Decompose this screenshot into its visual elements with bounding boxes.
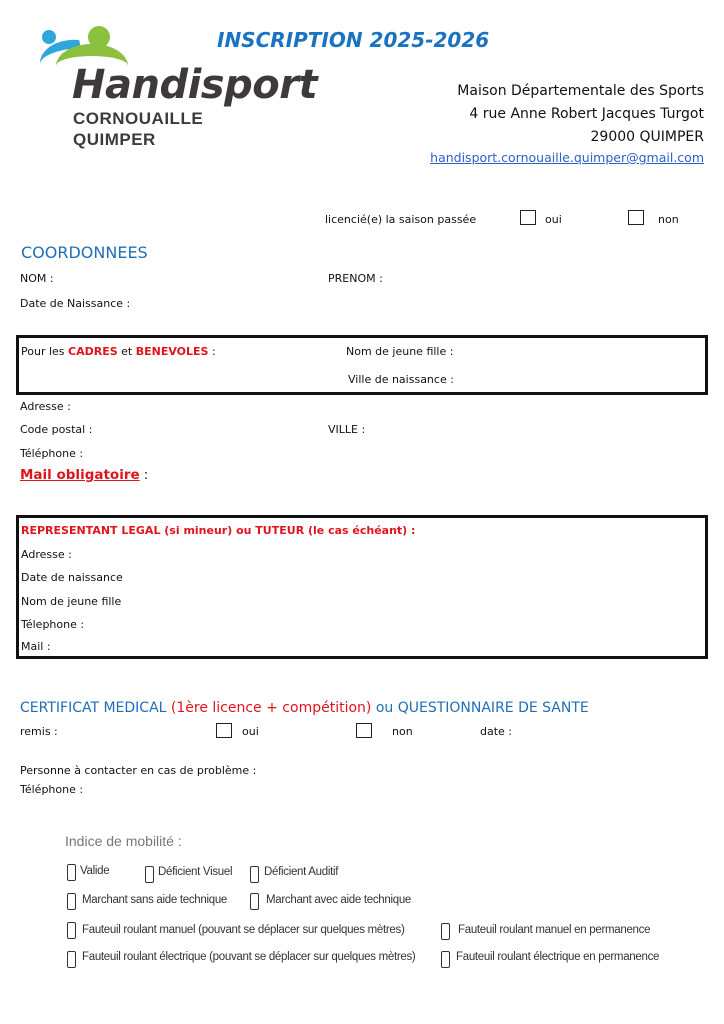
mobilite-deficient-auditif-checkbox[interactable] xyxy=(250,866,259,883)
certificat-yes-checkbox[interactable] xyxy=(216,723,232,738)
address-line-2: 4 rue Anne Robert Jacques Turgot xyxy=(469,106,704,122)
rep-telephone-label: Télephone : xyxy=(21,618,84,631)
logo-subtitle-2: QUIMPER xyxy=(73,130,156,150)
logo-subtitle-1: CORNOUAILLE xyxy=(73,109,203,129)
logo-blue-head-icon xyxy=(42,30,56,44)
mobilite-fauteuil-electrique-partiel-checkbox[interactable] xyxy=(67,951,76,968)
certificat-date-label: date : xyxy=(480,725,512,738)
cadres-nom-jeune-fille-label: Nom de jeune fille : xyxy=(346,345,453,358)
page-title: INSCRIPTION 2025-2026 xyxy=(217,28,489,52)
remis-label: remis : xyxy=(20,725,58,738)
mobilite-fauteuil-manuel-partiel-checkbox[interactable] xyxy=(67,922,76,939)
nom-label: NOM : xyxy=(20,272,54,285)
rep-mail-label: Mail : xyxy=(21,640,51,653)
mobilite-title: Indice de mobilité : xyxy=(65,833,182,849)
logo-green-head-icon xyxy=(88,26,110,48)
mobilite-fauteuil-manuel-partiel-label: Fauteuil roulant manuel (pouvant se dépl… xyxy=(82,924,405,936)
mobilite-fauteuil-electrique-permanent-checkbox[interactable] xyxy=(441,951,450,968)
contact-email-link[interactable]: handisport.cornouaille.quimper@gmail.com xyxy=(430,150,704,165)
representant-heading: REPRESENTANT LEGAL (si mineur) ou TUTEUR… xyxy=(21,524,415,537)
representant-legal-box: REPRESENTANT LEGAL (si mineur) ou TUTEUR… xyxy=(16,515,708,659)
mail-obligatoire-label: Mail obligatoire : xyxy=(20,464,148,483)
adresse-label: Adresse : xyxy=(20,400,71,413)
mobilite-marchant-avec-label: Marchant avec aide technique xyxy=(266,894,411,906)
mobilite-deficient-visuel-label: Déficient Visuel xyxy=(158,866,232,878)
licence-prev-no-label: non xyxy=(658,213,679,226)
mobilite-fauteuil-electrique-partiel-label: Fauteuil roulant électrique (pouvant se … xyxy=(82,951,415,963)
telephone-label: Téléphone : xyxy=(20,447,83,460)
mobilite-marchant-sans-checkbox[interactable] xyxy=(67,893,76,910)
mobilite-deficient-visuel-checkbox[interactable] xyxy=(145,866,154,883)
personne-contact-label: Personne à contacter en cas de problème … xyxy=(20,764,256,777)
prenom-label: PRENOM : xyxy=(328,272,383,285)
mobilite-deficient-auditif-label: Déficient Auditif xyxy=(264,866,338,878)
rep-nom-jeune-fille-label: Nom de jeune fille xyxy=(21,595,121,608)
licence-prev-no-checkbox[interactable] xyxy=(628,210,644,225)
licence-prev-label: licencié(e) la saison passée xyxy=(325,213,476,226)
address-line-1: Maison Départementale des Sports xyxy=(457,83,704,99)
licence-prev-yes-label: oui xyxy=(545,213,562,226)
mobilite-fauteuil-electrique-permanent-label: Fauteuil roulant électrique en permanenc… xyxy=(456,951,659,963)
address-line-3: 29000 QUIMPER xyxy=(591,129,704,145)
rep-adresse-label: Adresse : xyxy=(21,548,72,561)
certificat-heading: CERTIFICAT MEDICAL (1ère licence + compé… xyxy=(20,700,589,716)
mobilite-valide-checkbox[interactable] xyxy=(67,864,76,881)
cadres-ville-naissance-label: Ville de naissance : xyxy=(348,373,454,386)
date-naissance-label: Date de Naissance : xyxy=(20,297,130,310)
coordonnees-heading: COORDONNEES xyxy=(21,243,148,262)
mobilite-fauteuil-manuel-permanent-checkbox[interactable] xyxy=(441,923,450,940)
rep-date-naissance-label: Date de naissance xyxy=(21,571,123,584)
cadres-benevoles-box: Pour les CADRES et BENEVOLES : Nom de je… xyxy=(16,335,708,395)
licence-prev-yes-checkbox[interactable] xyxy=(520,210,536,225)
certificat-no-label: non xyxy=(392,725,413,738)
cadres-benevoles-label: Pour les CADRES et BENEVOLES : xyxy=(21,345,216,358)
mobilite-marchant-sans-label: Marchant sans aide technique xyxy=(82,894,227,906)
certificat-no-checkbox[interactable] xyxy=(356,723,372,738)
urgence-telephone-label: Téléphone : xyxy=(20,783,83,796)
mobilite-valide-label: Valide xyxy=(80,865,109,877)
logo-wordmark: Handisport xyxy=(72,62,317,108)
certificat-yes-label: oui xyxy=(242,725,259,738)
ville-label: VILLE : xyxy=(328,423,365,436)
code-postal-label: Code postal : xyxy=(20,423,92,436)
mobilite-marchant-avec-checkbox[interactable] xyxy=(250,893,259,910)
mobilite-fauteuil-manuel-permanent-label: Fauteuil roulant manuel en permanence xyxy=(458,924,650,936)
